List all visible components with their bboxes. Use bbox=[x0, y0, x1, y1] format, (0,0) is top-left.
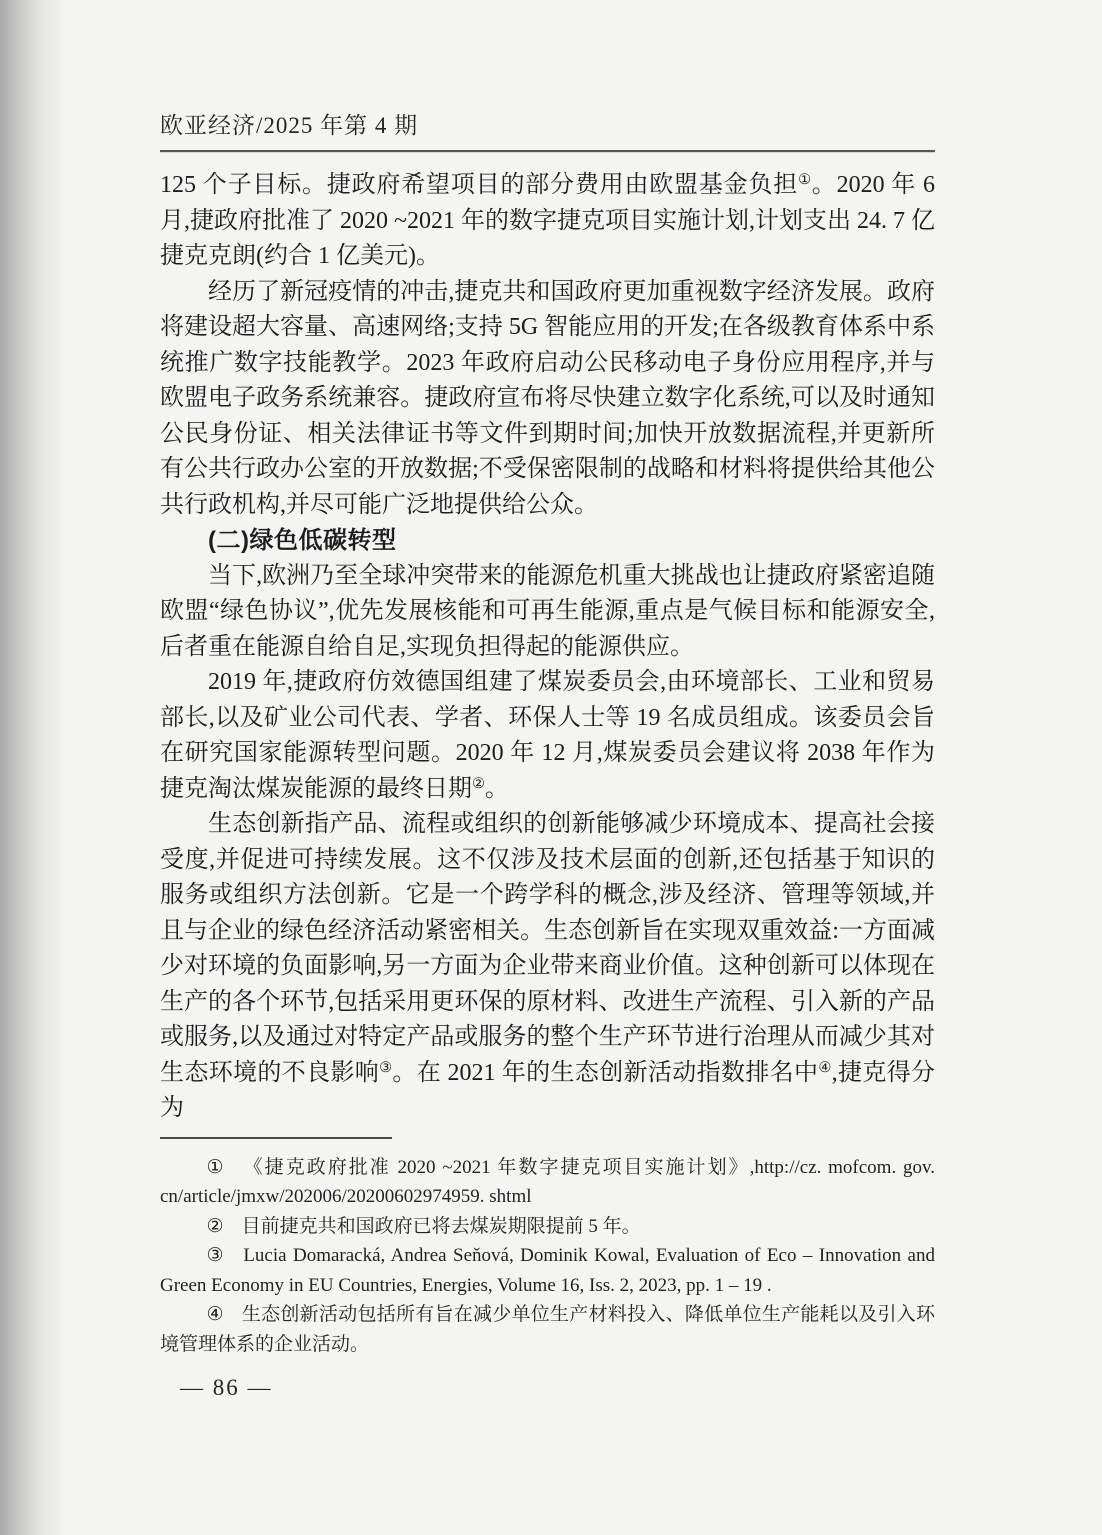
running-head: 欧亚经济/2025 年第 4 期 bbox=[160, 0, 935, 140]
footnote-text: 生态创新活动包括所有旨在减少单位生产材料投入、降低单位生产能耗以及引入环境管理体… bbox=[160, 1304, 935, 1355]
scan-edge-shadow bbox=[0, 0, 64, 1535]
footnote-ref: ① bbox=[798, 172, 812, 188]
footnote-separator bbox=[160, 1137, 392, 1139]
body-paragraph: 2019 年,捷政府仿效德国组建了煤炭委员会,由环境部长、工业和贸易部长,以及矿… bbox=[160, 665, 935, 807]
footnote-text: 目前捷克共和国政府已将去煤炭期限提前 5 年。 bbox=[242, 1216, 641, 1237]
body-text: 。在 2021 年的生态创新活动指数排名中 bbox=[392, 1060, 818, 1086]
body-paragraph: 125 个子目标。捷政府希望项目的部分费用由欧盟基金负担①。2020 年 6 月… bbox=[160, 168, 935, 275]
body-paragraph: 当下,欧洲乃至全球冲突带来的能源危机重大挑战也让捷政府紧密追随欧盟“绿色协议”,… bbox=[160, 559, 935, 666]
footnotes: ①《捷克政府批准 2020 ~2021 年数字捷克项目实施计划》,http://… bbox=[160, 1153, 935, 1360]
body-text: 生态创新指产品、流程或组织的创新能够减少环境成本、提高社会接受度,并促进可持续发… bbox=[160, 811, 935, 1086]
body-paragraph: 经历了新冠疫情的冲击,捷克共和国政府更加重视数字经济发展。政府将建设超大容量、高… bbox=[160, 275, 935, 524]
footnote-item: ③Lucia Domaracká, Andrea Seňová, Dominik… bbox=[160, 1241, 935, 1300]
footnote-item: ④生态创新活动包括所有旨在减少单位生产材料投入、降低单位生产能耗以及引入环境管理… bbox=[160, 1300, 935, 1359]
footnote-marker: ① bbox=[207, 1157, 226, 1178]
footnote-item: ①《捷克政府批准 2020 ~2021 年数字捷克项目实施计划》,http://… bbox=[160, 1153, 935, 1212]
body-text: 当下,欧洲乃至全球冲突带来的能源危机重大挑战也让捷政府紧密追随欧盟“绿色协议”,… bbox=[160, 563, 935, 660]
header-rule bbox=[160, 150, 935, 152]
body-text: 经历了新冠疫情的冲击,捷克共和国政府更加重视数字经济发展。政府将建设超大容量、高… bbox=[160, 279, 935, 518]
footnote-text: 《捷克政府批准 2020 ~2021 年数字捷克项目实施计划》,http://c… bbox=[160, 1157, 935, 1208]
body-text: 125 个子目标。捷政府希望项目的部分费用由欧盟基金负担 bbox=[160, 172, 798, 198]
footnote-text: Lucia Domaracká, Andrea Seňová, Dominik … bbox=[160, 1245, 935, 1296]
footnote-item: ②目前捷克共和国政府已将去煤炭期限提前 5 年。 bbox=[160, 1212, 935, 1242]
footnote-marker: ④ bbox=[207, 1304, 224, 1325]
section-heading: (二)绿色低碳转型 bbox=[160, 523, 935, 559]
article-body: 125 个子目标。捷政府希望项目的部分费用由欧盟基金负担①。2020 年 6 月… bbox=[160, 168, 935, 1127]
footnote-marker: ③ bbox=[207, 1245, 226, 1266]
body-paragraph: 生态创新指产品、流程或组织的创新能够减少环境成本、提高社会接受度,并促进可持续发… bbox=[160, 807, 935, 1127]
body-text: 。 bbox=[485, 776, 509, 802]
footnote-ref: ④ bbox=[818, 1060, 831, 1076]
page-content: 欧亚经济/2025 年第 4 期 125 个子目标。捷政府希望项目的部分费用由欧… bbox=[160, 0, 935, 1401]
document-page: 欧亚经济/2025 年第 4 期 125 个子目标。捷政府希望项目的部分费用由欧… bbox=[0, 0, 1102, 1535]
footnote-marker: ② bbox=[207, 1216, 224, 1237]
page-number: — 86 — bbox=[180, 1375, 935, 1401]
body-text: 2019 年,捷政府仿效德国组建了煤炭委员会,由环境部长、工业和贸易部长,以及矿… bbox=[160, 669, 935, 802]
footnote-ref: ③ bbox=[379, 1060, 392, 1076]
footnote-ref: ② bbox=[472, 776, 485, 792]
